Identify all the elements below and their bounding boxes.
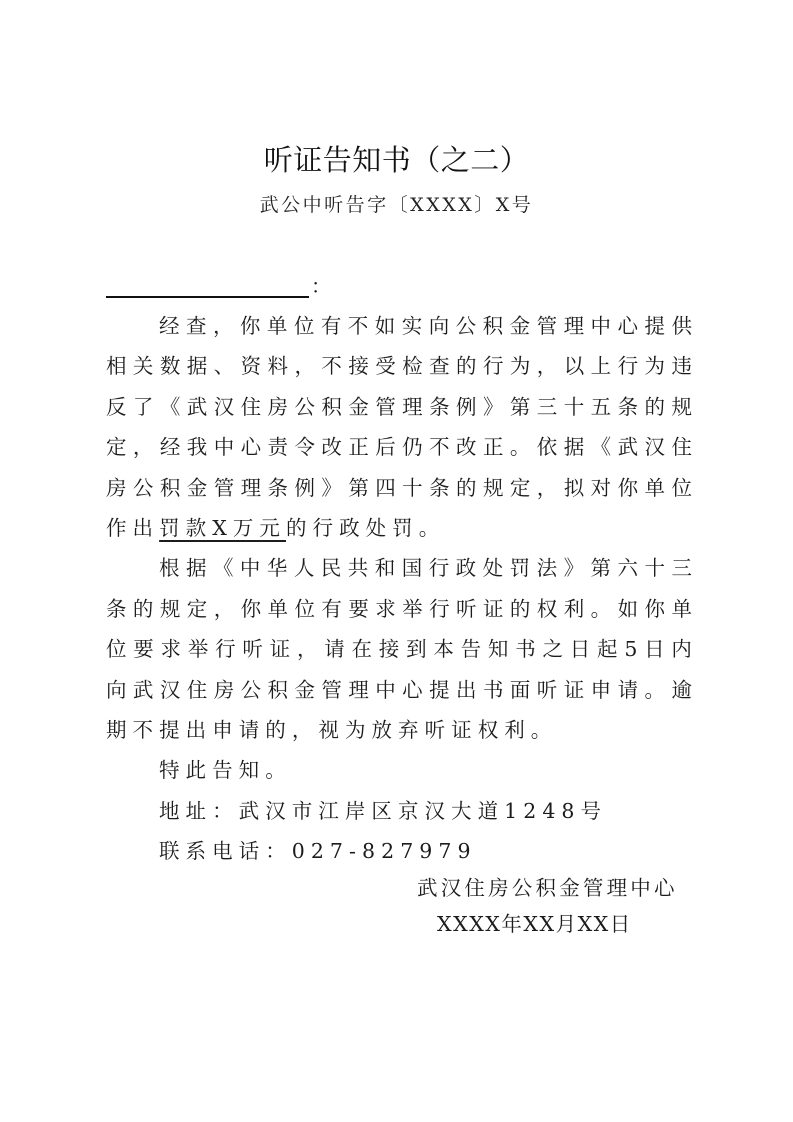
document-title: 听证告知书（之二）: [0, 142, 793, 178]
addressee-line: ：: [106, 272, 331, 298]
addressee-colon: ：: [311, 274, 331, 298]
paragraph-notice: 特此告知。: [106, 750, 698, 790]
paragraph-hearing-rights: 根据《中华人民共和国行政处罚法》第六十三条的规定，你单位有要求举行听证的权利。如…: [106, 548, 698, 750]
contact-phone: 联系电话：027-827979: [106, 831, 698, 871]
document-body: 经查，你单位有不如实向公积金管理中心提供相关数据、资料，不接受检查的行为，以上行…: [106, 306, 698, 872]
signature-block: 武汉住房公积金管理中心 XXXX年XX月XX日: [417, 870, 678, 942]
addressee-blank: [106, 274, 309, 298]
signature-date: XXXX年XX月XX日: [417, 906, 678, 942]
paragraph-violation-end: 的行政处罚。: [286, 516, 445, 540]
paragraph-violation: 经查，你单位有不如实向公积金管理中心提供相关数据、资料，不接受检查的行为，以上行…: [106, 306, 698, 548]
document-page: 听证告知书（之二） 武公中听告字〔XXXX〕X号 ： 经查，你单位有不如实向公积…: [0, 0, 793, 1122]
document-number: 武公中听告字〔XXXX〕X号: [0, 192, 793, 218]
penalty-amount: 罚款X万元: [159, 516, 286, 540]
paragraph-violation-text: 经查，你单位有不如实向公积金管理中心提供相关数据、资料，不接受检查的行为，以上行…: [106, 314, 698, 540]
contact-address: 地址：武汉市江岸区京汉大道1248号: [106, 791, 698, 831]
signature-organization: 武汉住房公积金管理中心: [417, 870, 678, 906]
